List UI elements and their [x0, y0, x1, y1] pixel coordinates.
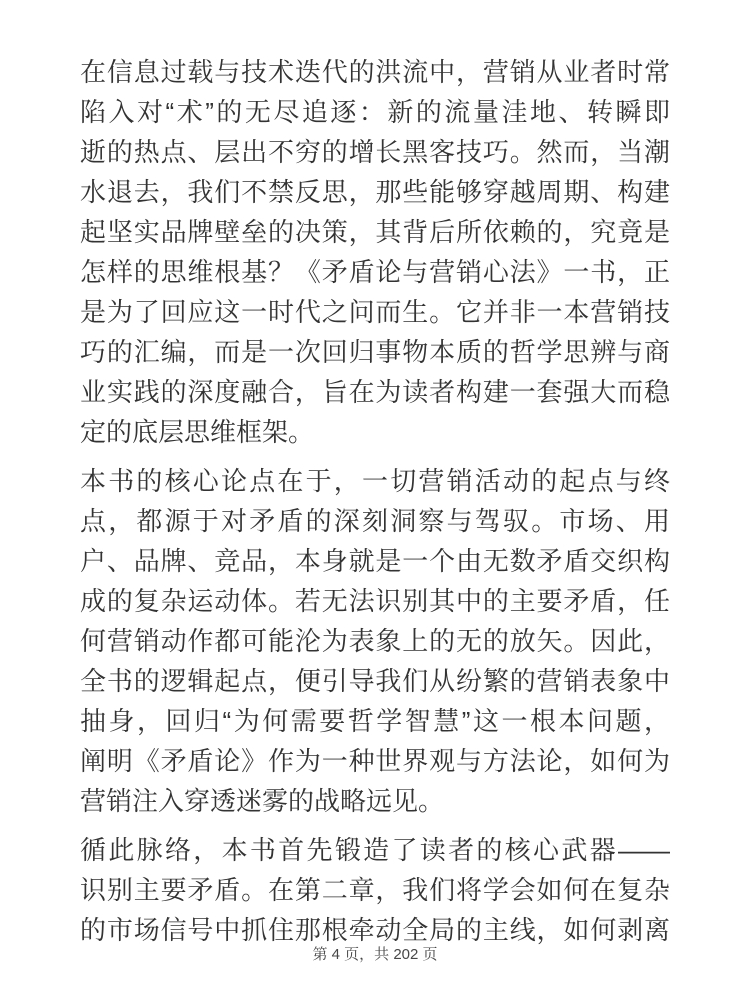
- text-line: 水退去，我们不禁反思，那些能够穿越周期、构建: [80, 172, 670, 212]
- document-page: 在信息过载与技术迭代的洪流中，营销从业者时常 陷入对“术”的无尽追逐：新的流量洼…: [0, 0, 750, 1000]
- text-line: 业实践的深度融合，旨在为读者构建一套强大而稳: [80, 372, 670, 412]
- text-line: 本书的核心论点在于，一切营销活动的起点与终: [80, 461, 670, 501]
- text-line: 阐明《矛盾论》作为一种世界观与方法论，如何为: [80, 741, 670, 781]
- text-line: 巧的汇编，而是一次回归事物本质的哲学思辨与商: [80, 332, 670, 372]
- text-line: 是为了回应这一时代之问而生。它并非一本营销技: [80, 292, 670, 332]
- text-line: 逝的热点、层出不穷的增长黑客技巧。然而，当潮: [80, 132, 670, 172]
- text-line: 何营销动作都可能沦为表象上的无的放矢。因此，: [80, 621, 670, 661]
- page-body-text: 在信息过载与技术迭代的洪流中，营销从业者时常 陷入对“术”的无尽追逐：新的流量洼…: [80, 52, 670, 959]
- text-line: 循此脉络，本书首先锻造了读者的核心武器——: [80, 830, 670, 870]
- text-line: 抽身，回归“为何需要哲学智慧”这一根本问题，: [80, 701, 670, 741]
- text-line: 点，都源于对矛盾的深刻洞察与驾驭。市场、用: [80, 501, 670, 541]
- paragraph-2: 本书的核心论点在于，一切营销活动的起点与终 点，都源于对矛盾的深刻洞察与驾驭。市…: [80, 461, 670, 821]
- text-line: 户、品牌、竞品，本身就是一个由无数矛盾交织构: [80, 541, 670, 581]
- text-line: 起坚实品牌壁垒的决策，其背后所依赖的，究竟是: [80, 212, 670, 252]
- text-line: 怎样的思维根基？《矛盾论与营销心法》一书，正: [80, 252, 670, 292]
- text-line: 定的底层思维框架。: [80, 412, 670, 452]
- text-line: 识别主要矛盾。在第二章，我们将学会如何在复杂: [80, 870, 670, 910]
- page-number-indicator: 第 4 页，共 202 页: [312, 946, 437, 963]
- paragraph-3: 循此脉络，本书首先锻造了读者的核心武器—— 识别主要矛盾。在第二章，我们将学会如…: [80, 830, 670, 950]
- text-line: 陷入对“术”的无尽追逐：新的流量洼地、转瞬即: [80, 92, 670, 132]
- paragraph-1: 在信息过载与技术迭代的洪流中，营销从业者时常 陷入对“术”的无尽追逐：新的流量洼…: [80, 52, 670, 452]
- text-line: 在信息过载与技术迭代的洪流中，营销从业者时常: [80, 52, 670, 92]
- text-line: 全书的逻辑起点，便引导我们从纷繁的营销表象中: [80, 661, 670, 701]
- text-line: 成的复杂运动体。若无法识别其中的主要矛盾，任: [80, 581, 670, 621]
- page-footer: 第 4 页，共 202 页: [0, 944, 750, 966]
- text-line: 营销注入穿透迷雾的战略远见。: [80, 781, 670, 821]
